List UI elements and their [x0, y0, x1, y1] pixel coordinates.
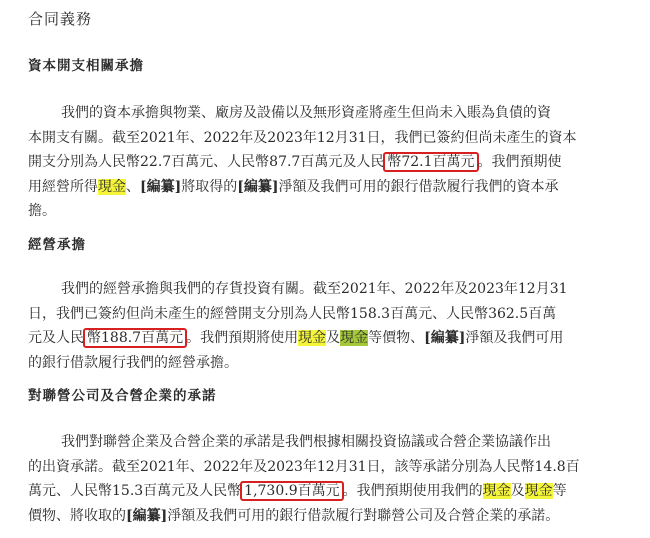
text: 我們的經營承擔與我們的存貨投資有關。截至2021年、2022年及2023年12月…: [61, 281, 568, 297]
paragraph-capex: 我們的資本承擔與物業、廠房及設備以及無形資產將產生但尚未入賬為負債的資 本開支有…: [28, 101, 588, 224]
boxed-amount: 1,730.9百萬元: [240, 481, 343, 501]
text: 、: [126, 179, 140, 195]
text: 等: [553, 483, 567, 499]
text: 價物、將收取的: [28, 508, 126, 524]
text: 我們的資本承擔與物業、廠房及設備以及無形資產將產生但尚未入賬為負債的資: [61, 105, 551, 121]
text: 開支分別為人民幣22.7百萬元、人民幣87.7百萬元及人民: [28, 154, 384, 170]
paragraph-associates: 我們對聯營企業及合營企業的承諾是我們根據相關投資協議或合營企業協議作出 的出資承…: [28, 430, 588, 528]
section-heading-operating: 經營承擔: [28, 233, 86, 253]
text: 。我們預期使: [478, 154, 562, 170]
highlight-cash: 現金: [525, 483, 553, 499]
text: 元及人民: [28, 330, 84, 346]
text: 淨額及我們可用: [465, 330, 563, 346]
text: 擔。: [28, 203, 56, 219]
text: 的銀行借款履行我們的經營承擔。: [28, 355, 238, 371]
text: 的出資承諾。截至2021年、2022年及2023年12月31日，該等承諾分別為人…: [28, 459, 580, 475]
text: 等價物、: [368, 330, 424, 346]
highlight-cash-green: 現金: [340, 330, 368, 346]
page-title: 合同義務: [28, 8, 92, 29]
section-heading-associates: 對聯營公司及合營企業的承諾: [28, 384, 217, 404]
redacted: [編纂]: [237, 179, 278, 195]
section-heading-capex: 資本開支相關承擔: [28, 54, 144, 74]
paragraph-operating: 我們的經營承擔與我們的存貨投資有關。截至2021年、2022年及2023年12月…: [28, 277, 588, 375]
redacted: [編纂]: [424, 330, 465, 346]
text: 。我們預期將使用: [186, 330, 298, 346]
boxed-amount: 幣188.7百萬元: [83, 328, 187, 348]
text: 淨額及我們可用的銀行借款履行我們的資本承: [279, 179, 559, 195]
highlight-cash: 現金: [98, 179, 126, 195]
text: 及: [326, 330, 340, 346]
highlight-cash: 現金: [483, 483, 511, 499]
highlight-cash: 現金: [298, 330, 326, 346]
text: 及: [511, 483, 525, 499]
redacted: [編纂]: [140, 179, 181, 195]
text: 日，我們已簽約但尚未產生的經營開支分別為人民幣158.3百萬元、人民幣362.5…: [28, 306, 556, 322]
text: 我們對聯營企業及合營企業的承諾是我們根據相關投資協議或合營企業協議作出: [61, 434, 551, 450]
text: 萬元、人民幣15.3百萬元及人民幣: [28, 483, 241, 499]
boxed-amount: 幣72.1百萬元: [383, 152, 478, 172]
text: 。我們預期使用我們的: [343, 483, 483, 499]
redacted: [編纂]: [126, 508, 167, 524]
text: 將取得的: [181, 179, 237, 195]
text: 用經營所得: [28, 179, 98, 195]
text: 本開支有關。截至2021年、2022年及2023年12月31日，我們已簽約但尚未…: [28, 130, 577, 146]
text: 淨額及我們可用的銀行借款履行對聯營公司及合營企業的承諾。: [167, 508, 559, 524]
